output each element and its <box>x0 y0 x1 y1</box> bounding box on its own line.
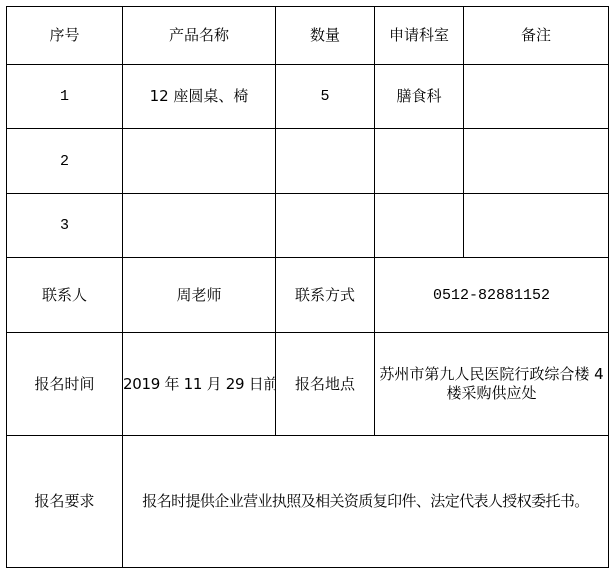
row-product <box>123 194 276 258</box>
row-product: 12 座圆桌、椅 <box>123 65 276 129</box>
row-quantity <box>276 194 375 258</box>
row-index: 1 <box>7 65 123 129</box>
header-product-name: 产品名称 <box>123 7 276 65</box>
header-quantity: 数量 <box>276 7 375 65</box>
table-row: 3 <box>7 194 609 258</box>
row-quantity <box>276 129 375 194</box>
header-department: 申请科室 <box>375 7 464 65</box>
row-remark <box>464 129 609 194</box>
requirement-row: 报名要求 报名时提供企业营业执照及相关资质复印件、法定代表人授权委托书。 <box>7 436 609 568</box>
contact-person-value: 周老师 <box>123 258 276 333</box>
row-department <box>375 194 464 258</box>
row-department <box>375 129 464 194</box>
contact-row: 联系人 周老师 联系方式 0512-82881152 <box>7 258 609 333</box>
header-index: 序号 <box>7 7 123 65</box>
row-product <box>123 129 276 194</box>
registration-time-value: 2019 年 11 月 29 日前 <box>123 333 276 436</box>
row-remark <box>464 65 609 129</box>
table-row: 1 12 座圆桌、椅 5 膳食科 <box>7 65 609 129</box>
table-row: 2 <box>7 129 609 194</box>
row-department: 膳食科 <box>375 65 464 129</box>
contact-method-label: 联系方式 <box>276 258 375 333</box>
header-row: 序号 产品名称 数量 申请科室 备注 <box>7 7 609 65</box>
procurement-registration-table: 序号 产品名称 数量 申请科室 备注 1 12 座圆桌、椅 5 膳食科 2 3 <box>6 6 609 568</box>
contact-method-value: 0512-82881152 <box>375 258 609 333</box>
row-remark <box>464 194 609 258</box>
registration-place-label: 报名地点 <box>276 333 375 436</box>
registration-row: 报名时间 2019 年 11 月 29 日前 报名地点 苏州市第九人民医院行政综… <box>7 333 609 436</box>
contact-person-label: 联系人 <box>7 258 123 333</box>
header-remark: 备注 <box>464 7 609 65</box>
row-index: 2 <box>7 129 123 194</box>
registration-time-label: 报名时间 <box>7 333 123 436</box>
row-quantity: 5 <box>276 65 375 129</box>
registration-place-value: 苏州市第九人民医院行政综合楼 4 楼采购供应处 <box>375 333 609 436</box>
row-index: 3 <box>7 194 123 258</box>
requirement-value: 报名时提供企业营业执照及相关资质复印件、法定代表人授权委托书。 <box>123 436 609 568</box>
requirement-label: 报名要求 <box>7 436 123 568</box>
